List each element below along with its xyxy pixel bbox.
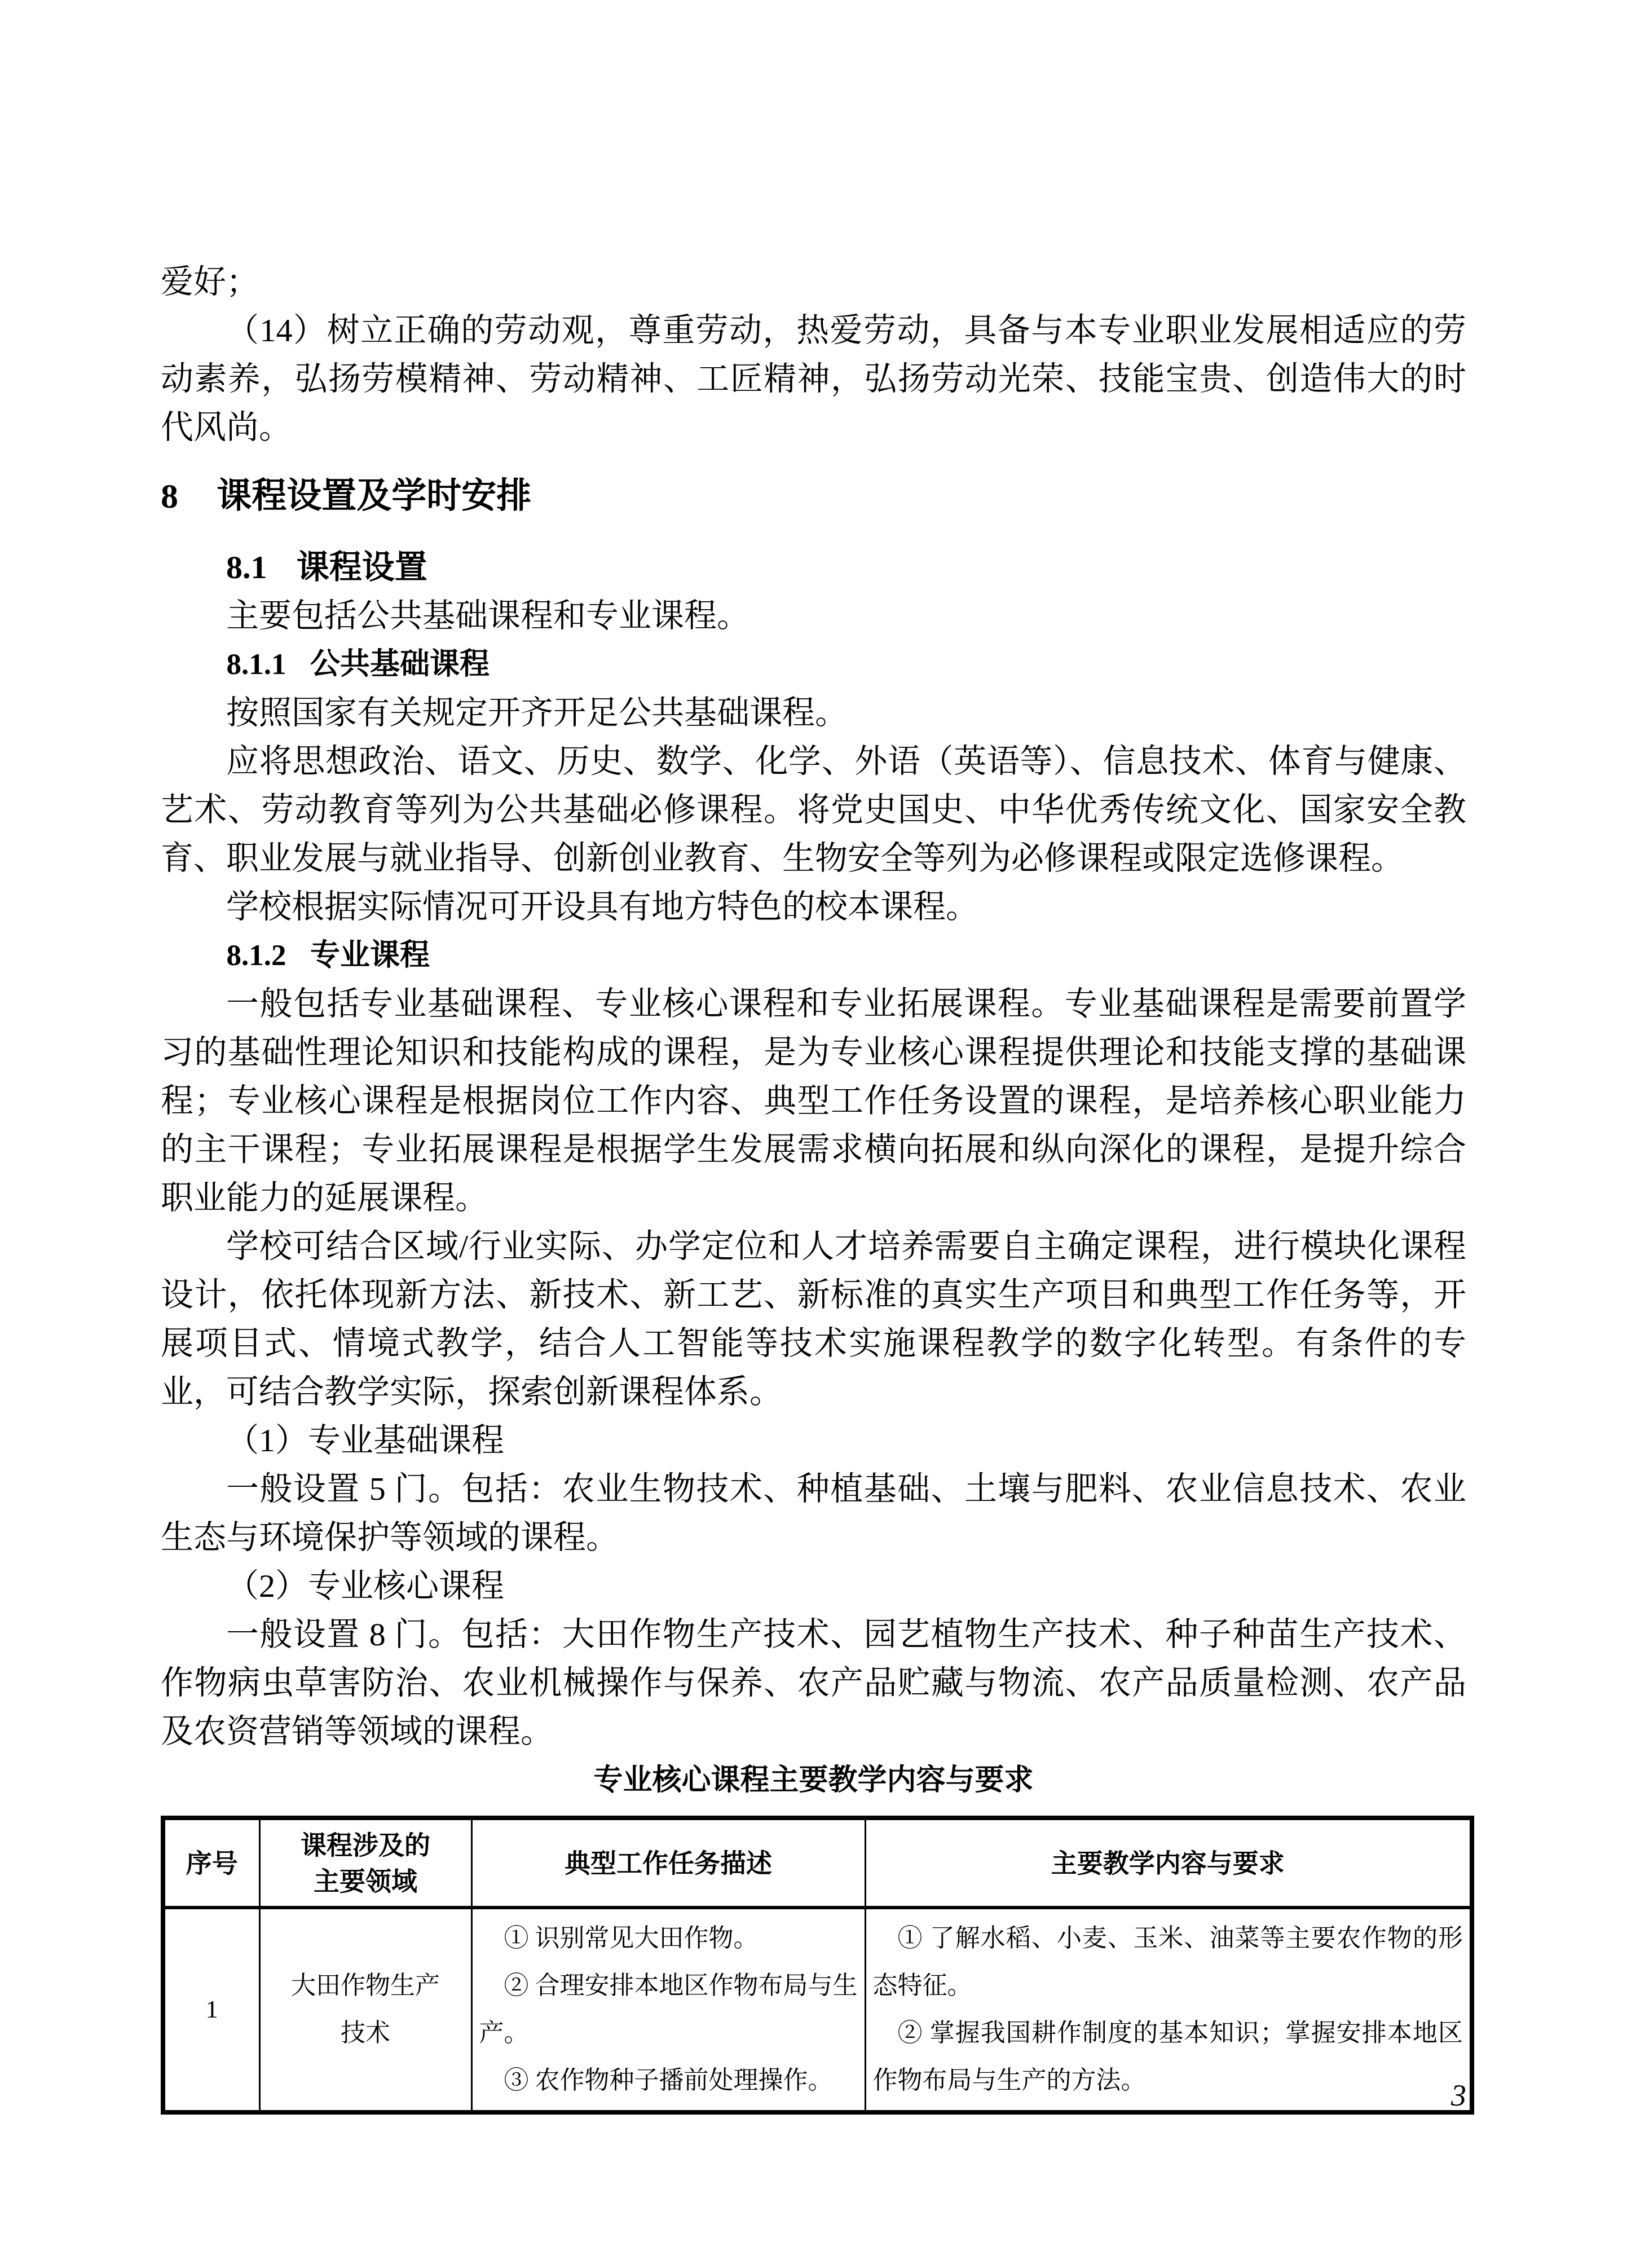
section-8-1-1-number: 8.1.1	[227, 648, 286, 681]
para-8-1-2-p1: 一般包括专业基础课程、专业核心课程和专业拓展课程。专业基础课程是需要前置学习的基…	[161, 980, 1466, 1222]
page-content: 爱好； （14）树立正确的劳动观，尊重劳动，热爱劳动，具备与本专业职业发展相适应…	[161, 258, 1466, 2115]
item-2-heading: （2）专业核心课程	[161, 1562, 1466, 1610]
para-8-1-2-p2: 学校可结合区域/行业实际、办学定位和人才培养需要自主确定课程，进行模块化课程设计…	[161, 1222, 1466, 1416]
task-item-1: ① 识别常见大田作物。	[479, 1915, 858, 1962]
para-8-1-intro: 主要包括公共基础课程和专业课程。	[161, 592, 1466, 640]
header-typical-tasks: 典型工作任务描述	[471, 1818, 865, 1908]
table-row-1: 1 大田作物生产 技术 ① 识别常见大田作物。 ② 合理安排本地区作物布局与生产…	[163, 1908, 1472, 2112]
task-item-2: ② 合理安排本地区作物布局与生产。	[479, 1962, 858, 2057]
core-table-title: 专业核心课程主要教学内容与要求	[161, 1756, 1466, 1804]
para-8-1-1-p2: 应将思想政治、语文、历史、数学、化学、外语（英语等）、信息技术、体育与健康、艺术…	[161, 737, 1466, 883]
section-8-1-heading: 8.1课程设置	[161, 543, 1466, 592]
header-serial-number: 序号	[163, 1818, 259, 1908]
content-item-1: ① 了解水稻、小麦、玉米、油菜等主要农作物的形态特征。	[873, 1915, 1463, 2010]
section-8-heading: 8课程设置及学时安排	[161, 472, 1466, 521]
header-teaching-content: 主要教学内容与要求	[865, 1818, 1472, 1908]
row-1-serial: 1	[163, 1908, 259, 2112]
core-courses-table: 序号 课程涉及的 主要领域 典型工作任务描述 主要教学内容与要求 1 大田作物生…	[161, 1816, 1474, 2115]
header-course-domain: 课程涉及的 主要领域	[259, 1818, 471, 1908]
row-1-contents: ① 了解水稻、小麦、玉米、油菜等主要农作物的形态特征。 ② 掌握我国耕作制度的基…	[865, 1908, 1472, 2112]
item-2-body: 一般设置 8 门。包括：大田作物生产技术、园艺植物生产技术、种子种苗生产技术、作…	[161, 1610, 1466, 1756]
row-1-domain: 大田作物生产 技术	[259, 1908, 471, 2112]
para-14: （14）树立正确的劳动观，尊重劳动，热爱劳动，具备与本专业职业发展相适应的劳动素…	[161, 306, 1466, 452]
section-8-1-1-heading: 8.1.1公共基础课程	[161, 640, 1466, 689]
section-8-1-2-number: 8.1.2	[227, 939, 286, 972]
item-1-heading: （1）专业基础课程	[161, 1416, 1466, 1465]
section-8-1-1-title: 公共基础课程	[310, 648, 490, 681]
table-header-row: 序号 课程涉及的 主要领域 典型工作任务描述 主要教学内容与要求	[163, 1818, 1472, 1908]
page-number: 3	[1451, 2071, 1466, 2120]
section-8-1-2-title: 专业课程	[310, 939, 430, 972]
item-1-body: 一般设置 5 门。包括：农业生物技术、种植基础、土壤与肥料、农业信息技术、农业生…	[161, 1465, 1466, 1562]
content-item-2: ② 掌握我国耕作制度的基本知识；掌握安排本地区作物布局与生产的方法。	[873, 2010, 1463, 2104]
row-1-tasks: ① 识别常见大田作物。 ② 合理安排本地区作物布局与生产。 ③ 农作物种子播前处…	[471, 1908, 865, 2112]
section-8-number: 8	[161, 477, 178, 516]
section-8-1-title: 课程设置	[297, 549, 427, 585]
para-hobby-continuation: 爱好；	[161, 258, 1466, 306]
document-page: 爱好； （14）树立正确的劳动观，尊重劳动，热爱劳动，具备与本专业职业发展相适应…	[0, 0, 1627, 2268]
para-8-1-1-p3: 学校根据实际情况可开设具有地方特色的校本课程。	[161, 883, 1466, 931]
section-8-title: 课程设置及学时安排	[217, 477, 531, 516]
para-8-1-1-p1: 按照国家有关规定开齐开足公共基础课程。	[161, 689, 1466, 737]
section-8-1-2-heading: 8.1.2专业课程	[161, 931, 1466, 980]
section-8-1-number: 8.1	[226, 549, 267, 585]
task-item-3: ③ 农作物种子播前处理操作。	[479, 2057, 858, 2104]
